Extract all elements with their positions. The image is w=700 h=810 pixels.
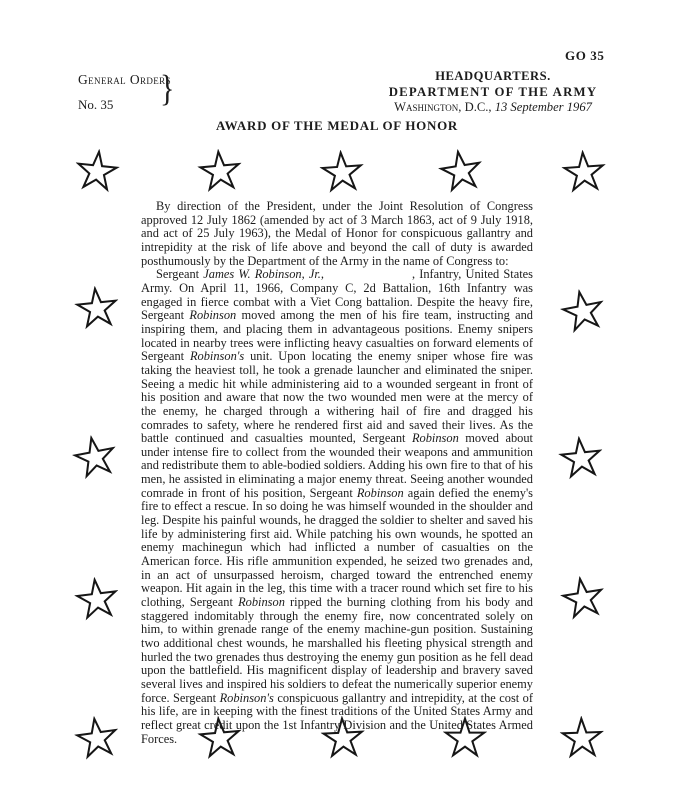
star-icon: [319, 149, 366, 196]
general-orders-block: General Orders No. 35: [78, 72, 198, 113]
star-icon: [69, 431, 121, 483]
citation-run: ripped the burning clothing from his bod…: [141, 595, 533, 705]
awardee-surname: Robinson: [412, 431, 459, 445]
awardee-surname: Robinson: [189, 308, 236, 322]
place-label: Washington, D.C.,: [394, 100, 495, 114]
star-icon: [72, 713, 122, 763]
awardee-surname: Robinson's: [220, 691, 274, 705]
star-icon: [558, 573, 608, 623]
awardee-surname: Robinson: [357, 486, 404, 500]
star-icon: [73, 284, 121, 332]
star-icon: [559, 715, 605, 761]
general-orders-label: General Orders: [78, 72, 198, 88]
awardee-surname: Robinson's: [190, 349, 244, 363]
paragraph-citation: Sergeant James W. Robinson, Jr.,, Infant…: [141, 268, 533, 746]
star-icon: [557, 285, 609, 337]
document-body: By direction of the President, under the…: [141, 200, 533, 746]
place-date-line: Washington, D.C., 13 September 1967: [382, 100, 604, 115]
awardee-name: James W. Robinson, Jr.,: [203, 267, 324, 281]
citation-run: again defied the enemy's fire to effect …: [141, 486, 533, 609]
paragraph-preamble: By direction of the President, under the…: [141, 200, 533, 268]
awardee-surname: Robinson: [238, 595, 285, 609]
star-icon: [557, 434, 605, 482]
star-icon: [436, 146, 486, 196]
headquarters-line: HEADQUARTERS.: [382, 69, 604, 84]
order-number: No. 35: [78, 97, 198, 113]
date-label: 13 September 1967: [495, 100, 592, 114]
headquarters-block: HEADQUARTERS. DEPARTMENT OF THE ARMY Was…: [382, 69, 604, 115]
citation-run: Sergeant: [156, 267, 203, 281]
star-icon: [196, 147, 244, 195]
brace-glyph: }: [160, 68, 174, 111]
star-icon: [73, 147, 121, 195]
department-line: DEPARTMENT OF THE ARMY: [382, 85, 604, 100]
star-icon: [72, 574, 121, 623]
document-page: GO 35 General Orders No. 35 } HEADQUARTE…: [0, 0, 700, 810]
doc-number: GO 35: [565, 48, 604, 64]
star-icon: [561, 149, 608, 196]
document-title: AWARD OF THE MEDAL OF HONOR: [141, 118, 533, 134]
